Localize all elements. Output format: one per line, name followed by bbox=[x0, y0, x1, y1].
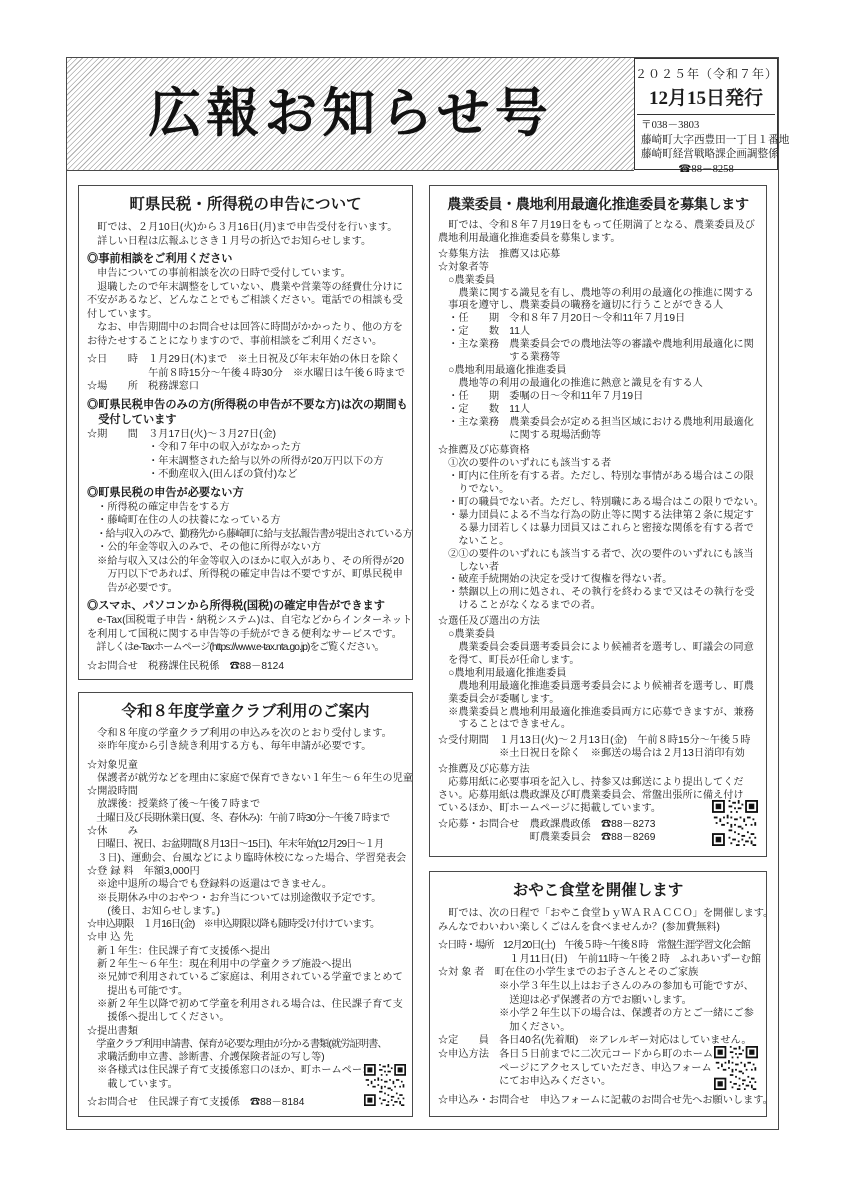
text-line: ないこと。 bbox=[438, 536, 758, 549]
text-line: ・所得税の確定申告をする方 bbox=[87, 501, 404, 515]
text-line: ☆登 録 料 年額3,000円 bbox=[87, 865, 404, 878]
text-line: ☆対象者等 bbox=[438, 262, 758, 275]
text-line: しない者 bbox=[438, 562, 758, 575]
text-line: 農業委員会委員選考委員会により候補者を選考し、町議会の同意 bbox=[438, 642, 758, 655]
article-gakudo: 令和８年度学童クラブ利用のご案内 令和８年度の学童クラブ利用の申込みを次のとおり… bbox=[78, 692, 413, 1117]
text-line: みんなでわいわい楽しくごはんを食べませんか？(参加費無料) bbox=[438, 921, 758, 935]
text-line: ・破産手続開始の決定を受けて復権を得ない者。 bbox=[438, 574, 758, 587]
text-line: ☆開設時間 bbox=[87, 785, 404, 798]
issue-divider bbox=[637, 114, 775, 115]
text-line: 万円以下であれば、所得税の確定申告は不要ですが、町県民税申 bbox=[87, 568, 404, 582]
text-line: を利用して国税に関する申告等の手続ができる便利なサービスです。 bbox=[87, 628, 404, 642]
text-line: 土曜日及び長期休業日(夏、冬、春休み)：午前７時30分～午後７時まで bbox=[87, 812, 404, 825]
text-line: ているほか、町ホームページに掲載しています。 bbox=[438, 803, 758, 816]
contact-line: ☆お問合せ 税務課住民税係 ☎88－8124 bbox=[87, 660, 404, 674]
contact-line: 町農業委員会 ☎88－8269 bbox=[438, 832, 758, 845]
text-line: 加ください。 bbox=[438, 1021, 758, 1035]
contact-line: ☆お問合せ 住民課子育て支援係 ☎88－8184 bbox=[87, 1096, 404, 1109]
text-line: なお、申告期間中のお問合せは回答に時間がかかったり、他の方を bbox=[87, 321, 404, 335]
text-line: １月11日(日) 午前11時～午後２時 ふれあいずーむ館 bbox=[438, 953, 758, 967]
text-line: ☆休 み bbox=[87, 825, 404, 838]
text-line: 新２年生～６年生：現在利用中の学童クラブ施設へ提出 bbox=[87, 958, 404, 971]
text-line: 不安があるなど、どんなことでもご相談ください。電話での相談も受 bbox=[87, 294, 404, 308]
page-frame: 広報お知らせ号 ２０２５年（令和７年） 12月15日発行 〒038－3803 藤… bbox=[66, 57, 779, 1130]
text-line: 業委員会が委嘱します。 bbox=[438, 694, 758, 707]
text-line: お待たせすることになりますので、事前相談をご利用ください。 bbox=[87, 335, 404, 349]
text-line: ・不動産収入(田んぼの貸付)など bbox=[87, 468, 404, 482]
text-line: 載しています。 bbox=[87, 1078, 404, 1091]
newsletter-title: 広報お知らせ号 bbox=[67, 58, 634, 170]
text-line: ※農業委員と農地利用最適化推進委員両方に応募できますが、兼務 bbox=[438, 707, 758, 720]
text-line: ☆申込期限 １月16日(金) ※申込期限以降も随時受け付けています。 bbox=[87, 918, 404, 931]
text-line: 農地利用最適化推進委員を募集します。 bbox=[438, 233, 758, 246]
article-oyako: おやこ食堂を開催します 町では、次の日程で「おやこ食堂ｂｙＷＡＲＡＣＣＯ」を開催… bbox=[429, 871, 767, 1117]
article-tax: 町県民税・所得税の申告について 町では、２月10日(火)から３月16日(月)まで… bbox=[78, 185, 413, 680]
text-line: 新１年生：住民課子育て支援係へ提出 bbox=[87, 945, 404, 958]
text-line: 放課後：授業終了後～午後７時まで bbox=[87, 798, 404, 811]
qr-code bbox=[714, 1046, 758, 1090]
text-line: ○農業委員 bbox=[438, 629, 758, 642]
text-line: にてお申込みください。 bbox=[438, 1075, 758, 1089]
contact-line: ☆申込み・お問合せ 申込フォームに記載のお問合せ先へお願いします。 bbox=[438, 1094, 758, 1108]
text-line: ☆対象児童 bbox=[87, 759, 404, 772]
newsletter-page: 広報お知らせ号 ２０２５年（令和７年） 12月15日発行 〒038－3803 藤… bbox=[0, 0, 842, 1191]
text-line: ・給与収入のみで、勤務先から藤崎町に給与支払報告書が提出されている方 bbox=[87, 528, 404, 542]
text-line: ※昨年度から引き続き利用する方も、毎年申請が必要です。 bbox=[87, 740, 404, 753]
issue-department: 藤崎町経営戦略課企画調整係 bbox=[641, 148, 777, 163]
text-line: 援係へ提出してください。 bbox=[87, 1011, 404, 1024]
text-line: ※土日祝日を除く ※郵送の場合は２月13日消印有効 bbox=[438, 748, 758, 761]
text-line: 令和８年度の学童クラブ利用の申込みを次のとおり受付します。 bbox=[87, 727, 404, 740]
text-line: ページにアクセスしていただき、申込フォーム bbox=[438, 1062, 758, 1076]
text-line: ・主な業務 農業委員会での農地法等の審議や農地利用最適化に関 bbox=[438, 339, 758, 352]
text-line: ・主な業務 農業委員会が定める担当区域における農地利用最適化 bbox=[438, 417, 758, 430]
text-line: 詳しくはe-Taxホームページ(https://www.e-tax.nta.go… bbox=[87, 641, 404, 655]
text-line: ☆定 員 各日40名(先着順) ※アレルギー対応はしていません。 bbox=[438, 1034, 758, 1048]
article-gakudo-title: 令和８年度学童クラブ利用のご案内 bbox=[87, 702, 404, 721]
text-line: ①次の要件のいずれにも該当する者 bbox=[438, 458, 758, 471]
text-line: ☆対 象 者 町在住の小学生までのお子さんとそのご家族 bbox=[438, 966, 758, 980]
section-heading: ◎スマホ、パソコンから所得税(国税)の確定申告ができます bbox=[87, 599, 404, 614]
text-line: ※途中退所の場合でも登録料の返還はできません。 bbox=[87, 878, 404, 891]
text-line: ・令和７年中の収入がなかった方 bbox=[87, 441, 404, 455]
text-line: 送迎は必ず保護者の方でお願いします。 bbox=[438, 994, 758, 1008]
text-line: ※長期休み中のおやつ・お弁当については別途徴収予定です。 bbox=[87, 892, 404, 905]
text-line: 午前８時15分～午後４時30分 ※水曜日は午後６時まで bbox=[87, 367, 404, 381]
text-line: 付しています。 bbox=[87, 308, 404, 322]
text-line: 詳しい日程は広報ふじさき１月号の折込でお知らせします。 bbox=[87, 235, 404, 249]
issue-year: ２０２５年（令和７年） bbox=[635, 65, 777, 82]
text-line: ○農地利用最適化推進委員 bbox=[438, 365, 758, 378]
section-heading: ◎事前相談をご利用ください bbox=[87, 252, 404, 267]
text-line: ☆募集方法 推薦又は応募 bbox=[438, 249, 758, 262]
text-line: する業務等 bbox=[438, 352, 758, 365]
text-line: ※小学３年生以上はお子さんのみの参加も可能ですが、 bbox=[438, 980, 758, 994]
article-nogyo-title: 農業委員・農地利用最適化推進委員を募集します bbox=[438, 195, 758, 214]
text-line: ・町内に住所を有する者。ただし、特別な事情がある場合はこの限 bbox=[438, 471, 758, 484]
text-line: ※小学２年生以下の場合は、保護者の方とご一緒にご参 bbox=[438, 1007, 758, 1021]
text-line: ☆選任及び選出の方法 bbox=[438, 616, 758, 629]
section-heading: 受付しています bbox=[87, 413, 404, 428]
text-line: ・禁錮以上の刑に処され、その執行を終わるまで又はその執行を受 bbox=[438, 587, 758, 600]
text-line: さい。応募用紙は農政課及び町農業委員会、常盤出張所に備え付け bbox=[438, 790, 758, 803]
article-oyako-title: おやこ食堂を開催します bbox=[438, 881, 758, 900]
text-line: ・町の職員でない者。ただし、特別職にある場合はこの限りでない。 bbox=[438, 497, 758, 510]
text-line: 町では、次の日程で「おやこ食堂ｂｙＷＡＲＡＣＣＯ」を開催します。 bbox=[438, 907, 758, 921]
text-line: を得て、町長が任命します。 bbox=[438, 655, 758, 668]
text-line: ３日)、運動会、台風などにより臨時休校になった場合、学習発表会 bbox=[87, 852, 404, 865]
qr-code bbox=[364, 1064, 406, 1106]
text-line: 退職したので年末調整をしていない、農業や営業等の経費仕分けに bbox=[87, 281, 404, 295]
text-line: ※給与収入又は公的年金等収入のほかに収入があり、その所得が20 bbox=[87, 555, 404, 569]
text-line: 農業に関する識見を有し、農地等の利用の最適化の推進に関する bbox=[438, 288, 758, 301]
text-line: ・任 期 令和８年７月20日～令和11年７月19日 bbox=[438, 313, 758, 326]
issue-date: 12月15日発行 bbox=[635, 83, 777, 110]
qr-code bbox=[712, 800, 758, 846]
text-line: ・暴力団員による不当な行為の防止等に関する法律第２条に規定す bbox=[438, 510, 758, 523]
text-line: 学童クラブ利用申請書、保育が必要な理由が分かる書類(就労証明書、 bbox=[87, 1038, 404, 1051]
issue-info-box: ２０２５年（令和７年） 12月15日発行 〒038－3803 藤崎町大字西豊田一… bbox=[634, 58, 778, 170]
text-line: りでない。 bbox=[438, 484, 758, 497]
text-line: ☆期 間 ３月17日(火)～３月27日(金) bbox=[87, 428, 404, 442]
section-heading: ◎町県民税申告のみの方(所得税の申告が不要な方)は次の期間も bbox=[87, 398, 404, 413]
text-line: 農地等の利用の最適化の推進に熱意と識見を有する人 bbox=[438, 378, 758, 391]
text-line: る暴力団若しくは暴力団員又はこれらと密接な関係を有する者で bbox=[438, 523, 758, 536]
text-line: ・藤崎町在住の人の扶養になっている方 bbox=[87, 514, 404, 528]
issue-postal-code: 〒038－3803 bbox=[641, 119, 777, 134]
text-line: ・定 数 11人 bbox=[438, 326, 758, 339]
section-heading: ◎町県民税の申告が必要ない方 bbox=[87, 486, 404, 501]
text-line: 保護者が就労などを理由に家庭で保育できない１年生～６年生の児童 bbox=[87, 772, 404, 785]
article-tax-title: 町県民税・所得税の申告について bbox=[87, 195, 404, 214]
text-line: ☆申 込 先 bbox=[87, 931, 404, 944]
text-line: ☆日時・場所 12月20日(土) 午後５時～午後８時 常盤生涯学習文化会館 bbox=[438, 939, 758, 953]
text-line: ○農業委員 bbox=[438, 275, 758, 288]
text-line: ※兄姉で利用されているご家庭は、利用されている学童でまとめて bbox=[87, 971, 404, 984]
text-line: ☆提出書類 bbox=[87, 1025, 404, 1038]
text-line: ○農地利用最適化推進委員 bbox=[438, 668, 758, 681]
text-line: ・公的年金等収入のみで、その他に所得がない方 bbox=[87, 541, 404, 555]
text-line: けることがなくなるまでの者。 bbox=[438, 600, 758, 613]
masthead-band: 広報お知らせ号 bbox=[67, 58, 634, 171]
text-line: ※各様式は住民課子育て支援係窓口のほか、町ホームページにも掲 bbox=[87, 1064, 404, 1077]
text-line: することはできません。 bbox=[438, 719, 758, 732]
text-line: ☆場 所 税務課窓口 bbox=[87, 380, 404, 394]
text-line: ・年末調整された給与以外の所得が20万円以下の方 bbox=[87, 455, 404, 469]
text-line: に関する現場活動等 bbox=[438, 430, 758, 443]
text-line: ※新２年生以降で初めて学童を利用される場合は、住民課子育て支 bbox=[87, 998, 404, 1011]
article-nogyo: 農業委員・農地利用最適化推進委員を募集します 町では、令和８年７月19日をもって… bbox=[429, 185, 767, 857]
text-line: ・任 期 委嘱の日～令和11年７月19日 bbox=[438, 391, 758, 404]
text-line: (後日、お知らせします。) bbox=[87, 905, 404, 918]
text-line: 提出も可能です。 bbox=[87, 985, 404, 998]
text-line: ☆推薦及び応募資格 bbox=[438, 445, 758, 458]
text-line: ☆申込方法 各日５日前までに二次元コードから町のホーム bbox=[438, 1048, 758, 1062]
text-line: ②①の要件のいずれにも該当する者で、次の要件のいずれにも該当 bbox=[438, 549, 758, 562]
text-line: ☆受付期間 １月13日(火)～２月13日(金) 午前８時15分～午後５時 bbox=[438, 735, 758, 748]
text-line: ☆日 時 １月29日(木)まで ※土日祝及び年末年始の休日を除く bbox=[87, 353, 404, 367]
text-line: 求職活動申立書、診断書、介護保険者証の写し等) bbox=[87, 1051, 404, 1064]
contact-line: ☆応募・お問合せ 農政課農政係 ☎88－8273 bbox=[438, 819, 758, 832]
text-line: 申告についての事前相談を次の日時で受付しています。 bbox=[87, 267, 404, 281]
text-line: 日曜日、祝日、お盆期間(８月13日～15日)、年末年始(12月29日～１月 bbox=[87, 838, 404, 851]
text-line: ☆推薦及び応募方法 bbox=[438, 764, 758, 777]
text-line: e-Tax(国税電子申告・納税システム)は、自宅などからインターネット bbox=[87, 614, 404, 628]
text-line: 応募用紙に必要事項を記入し、持参又は郵送により提出してくだ bbox=[438, 777, 758, 790]
text-line: ・定 数 11人 bbox=[438, 404, 758, 417]
issue-phone: ☎88－8258 bbox=[635, 163, 777, 178]
text-line: 町では、令和８年７月19日をもって任期満了となる、農業委員及び bbox=[438, 220, 758, 233]
issue-address: 藤崎町大字西豊田一丁目１番地 bbox=[641, 134, 777, 149]
text-line: 事項を遵守し、農業委員の職務を適切に行うことができる人 bbox=[438, 300, 758, 313]
text-line: 告が必要です。 bbox=[87, 582, 404, 596]
text-line: 農地利用最適化推進委員選考委員会により候補者を選考し、町農 bbox=[438, 681, 758, 694]
text-line: 町では、２月10日(火)から３月16日(月)まで申告受付を行います。 bbox=[87, 221, 404, 235]
